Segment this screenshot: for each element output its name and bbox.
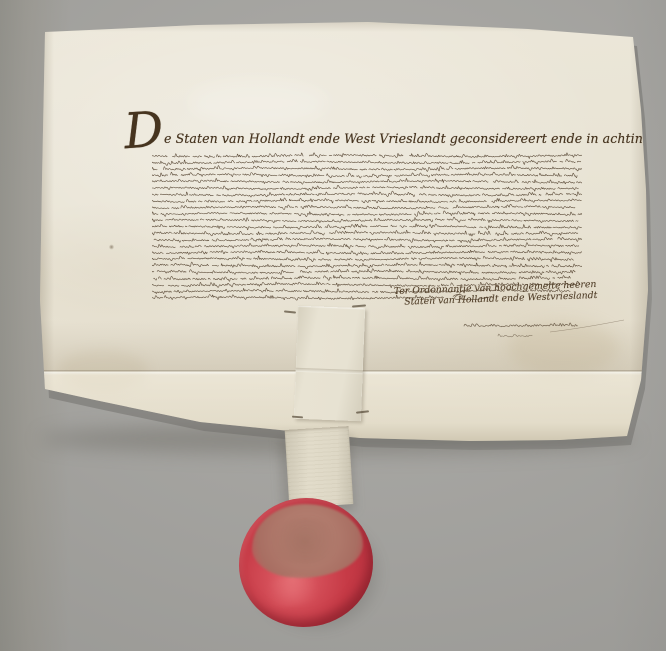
tag-slit-mark: [284, 310, 296, 313]
parchment-tag-lower: [285, 426, 354, 508]
ink-spot: [109, 244, 114, 250]
wax-seal: [239, 498, 373, 627]
parchment-document: D e Staten van Hollandt ende West Vriesl…: [38, 20, 650, 444]
heading-text: e Staten van Hollandt ende West Vrieslan…: [164, 131, 659, 146]
tag-crease: [296, 368, 363, 375]
parchment-tag-upper: [294, 306, 365, 421]
seal-impression-core: [269, 518, 341, 564]
parchment-edge-shading: [38, 20, 650, 32]
manuscript-body-text: [152, 149, 582, 301]
photo-background: D e Staten van Hollandt ende West Vriesl…: [0, 0, 666, 651]
seal-gloss-highlight: [255, 571, 328, 610]
